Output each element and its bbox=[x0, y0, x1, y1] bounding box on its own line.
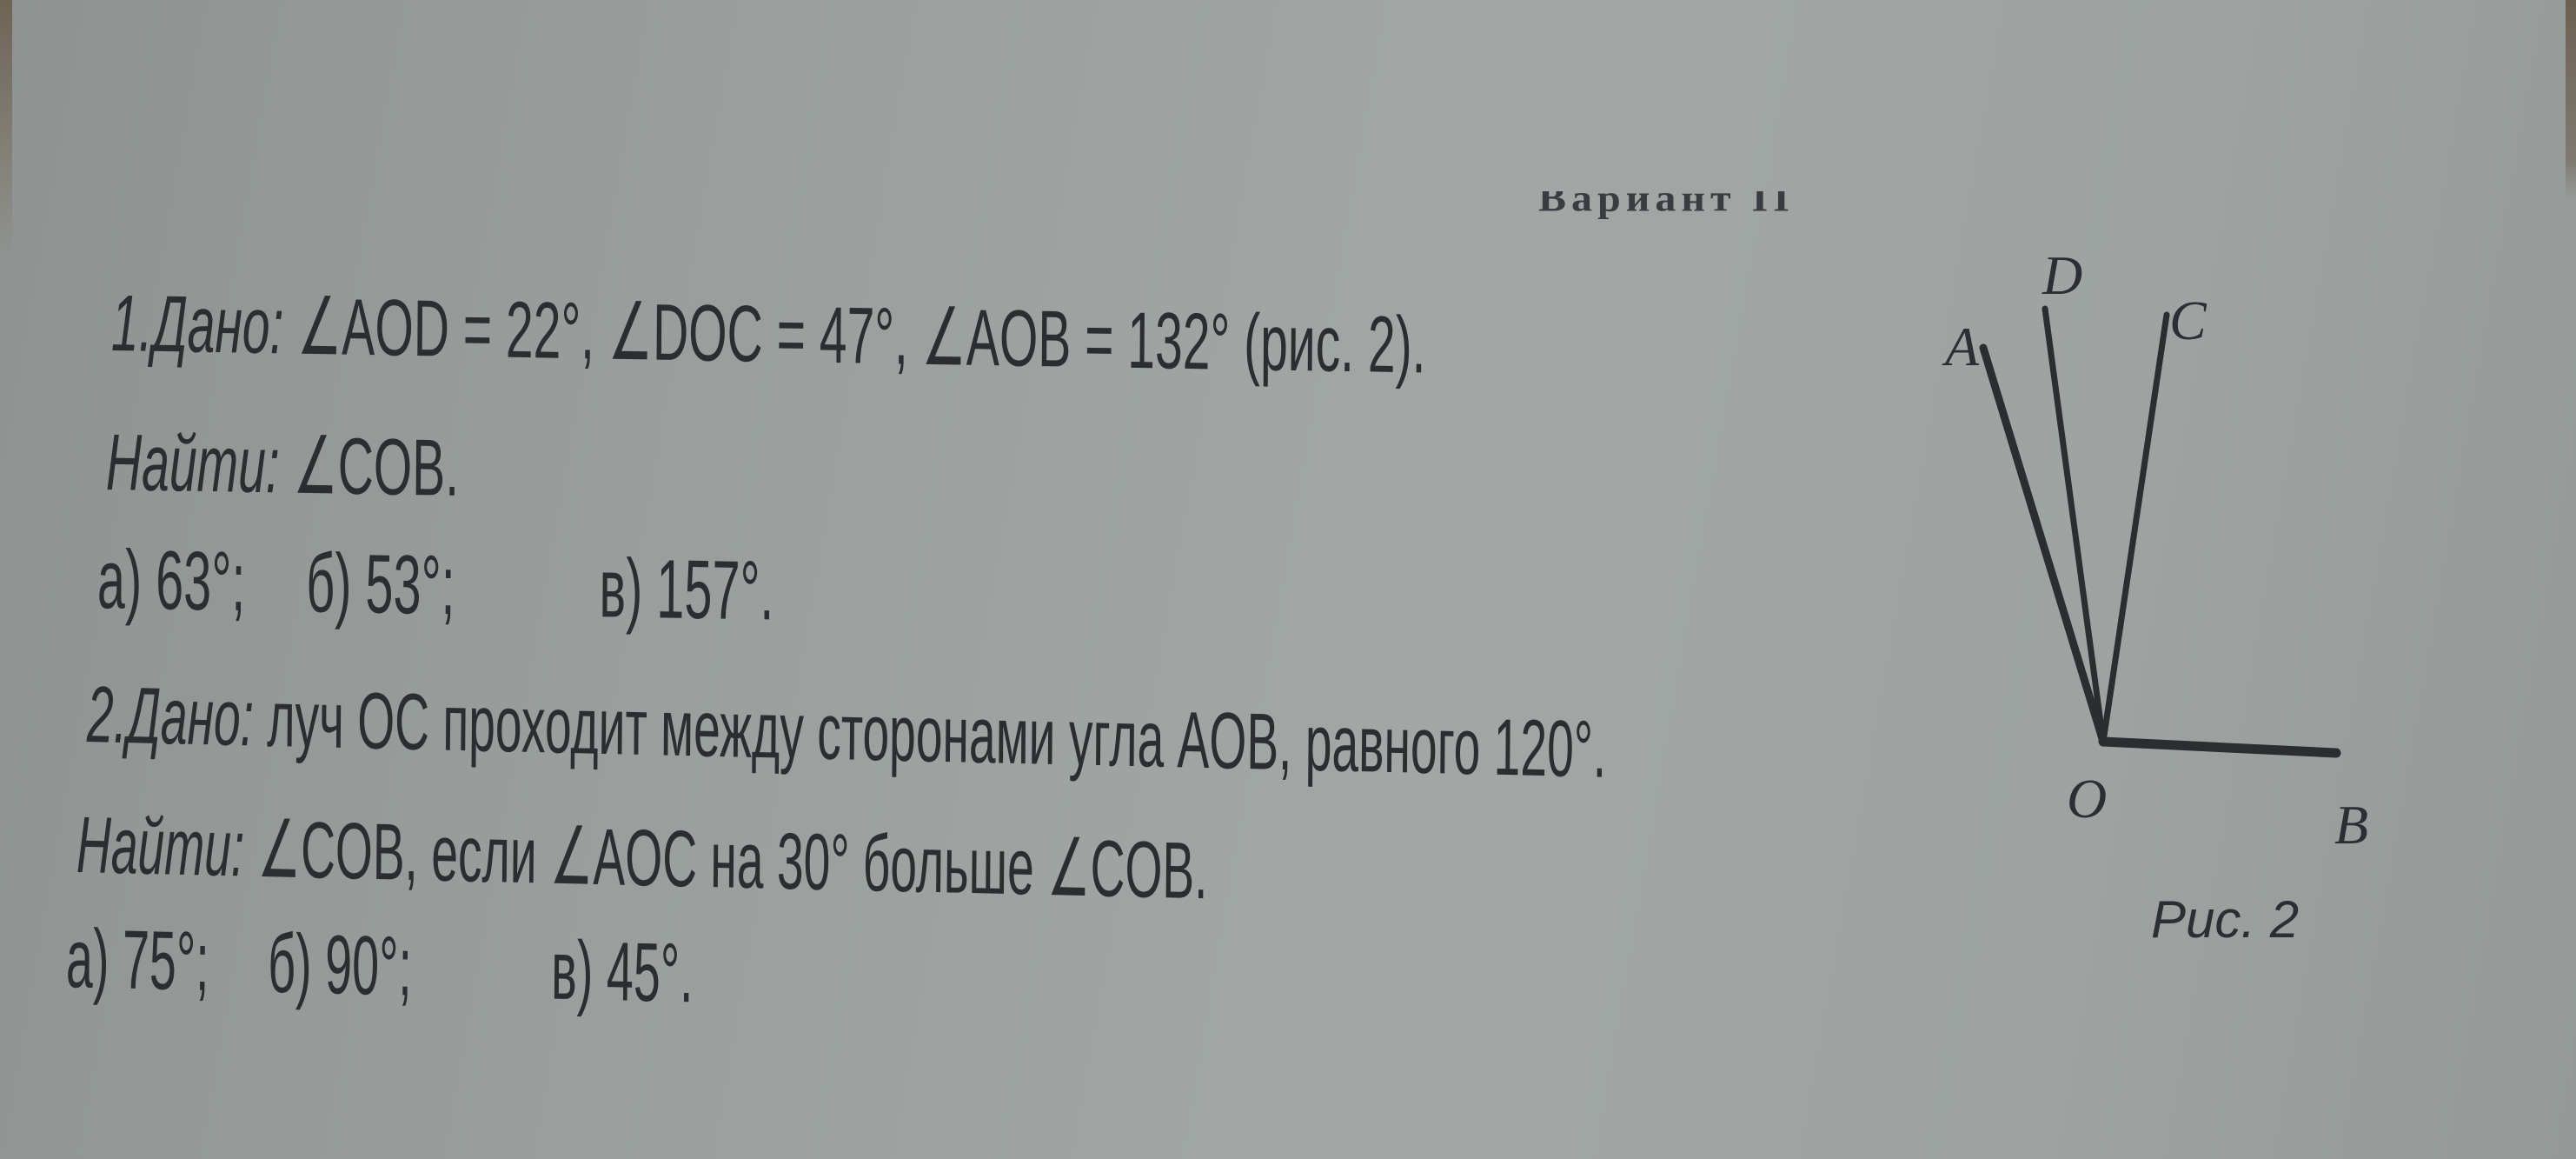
ray-ob bbox=[2103, 742, 2336, 753]
figure-caption: Рис. 2 bbox=[2151, 890, 2299, 949]
problem-1-number: 1. bbox=[111, 279, 153, 369]
ray-oc bbox=[2103, 315, 2167, 742]
label-o: O bbox=[2067, 768, 2107, 829]
label-a: A bbox=[1942, 316, 1980, 377]
label-c: C bbox=[2169, 290, 2208, 351]
problem-1-find-label: Найти: bbox=[106, 418, 280, 510]
problem-2-find: Найти: ∠COB, если ∠AOC на 30° больше ∠CO… bbox=[76, 798, 1208, 917]
problem-1-given-label: Дано: bbox=[152, 280, 283, 371]
problem-1-find-text: ∠COB. bbox=[293, 422, 459, 513]
ray-oa bbox=[1983, 348, 2103, 742]
problem-1-find: Найти: ∠COB. bbox=[106, 416, 460, 515]
answer-option[interactable]: б) 90°; bbox=[268, 917, 412, 1014]
variant-heading: Вариант II bbox=[1538, 191, 1795, 223]
problem-2-number: 2. bbox=[87, 670, 128, 760]
desk-edge-left bbox=[0, 0, 12, 261]
ray-od bbox=[2045, 309, 2103, 742]
problem-1-answers: а) 63°; б) 53°; в) 157°. bbox=[97, 532, 774, 640]
desk-edge-right bbox=[2566, 0, 2576, 200]
problem-1-given: 1.Дано: ∠AOD = 22°, ∠DOC = 47°, ∠AOB = 1… bbox=[111, 276, 1426, 392]
label-b: B bbox=[2334, 794, 2368, 856]
problem-1-given-text: ∠AOD = 22°, ∠DOC = 47°, ∠AOB = 132° (рис… bbox=[297, 283, 1426, 390]
problem-2-find-label: Найти: bbox=[76, 801, 245, 893]
problem-2-given: 2.Дано: луч OC проходит между сторонами … bbox=[87, 669, 1607, 796]
label-d: D bbox=[2042, 244, 2082, 306]
answer-option[interactable]: б) 53°; bbox=[306, 536, 455, 632]
answer-option[interactable]: а) 75°; bbox=[66, 912, 209, 1009]
problem-2-find-text: ∠COB, если ∠AOC на 30° больше ∠COB. bbox=[257, 805, 1208, 916]
problem-2-given-label: Дано: bbox=[127, 671, 255, 763]
problem-2-answers: а) 75°; б) 90°; в) 45°. bbox=[66, 911, 694, 1022]
problem-2-given-text: луч OC проходит между сторонами угла AOB… bbox=[267, 675, 1607, 795]
answer-option[interactable]: а) 63°; bbox=[97, 533, 246, 629]
answer-option[interactable]: в) 45°. bbox=[551, 923, 694, 1020]
answer-option[interactable]: в) 157°. bbox=[599, 542, 774, 638]
